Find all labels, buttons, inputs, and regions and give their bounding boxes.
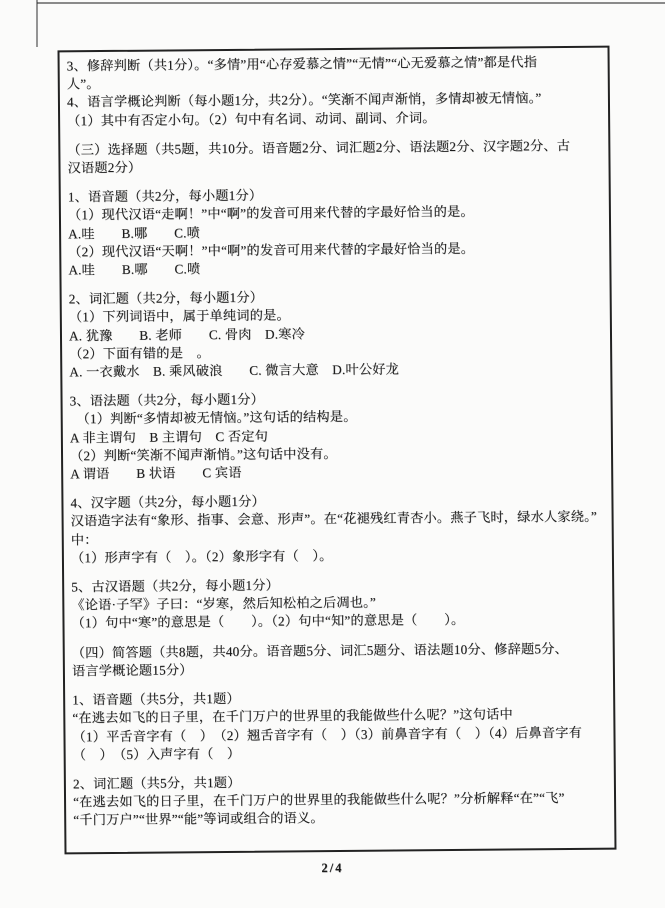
- scanned-exam-page: 3、修辞判断（共1分）。“多情”用“心存爱慕之情”“无情”“心无爱慕之情”都是代…: [0, 0, 665, 908]
- text-line: （ ） （5）入声字有（ ）: [73, 741, 610, 764]
- text-line: （1）形声字有（ ）。（2）象形字有（ ）。: [71, 545, 608, 568]
- exam-section-choice-q2-vocabulary: 2、词汇题（共2分，每小题1分）（1）下列词语中，属于单纯词的是。A. 犹豫 B…: [69, 286, 607, 382]
- exam-section-choice-q1-phonetics: 1、语音题（共2分，每小题1分）（1）现代汉语“走啊！”中“啊”的发音可用来代替…: [68, 184, 606, 280]
- exam-section-choice-q5-classical-chinese: 5、古汉语题（共2分，每小题1分）《论语·子罕》子曰：“岁寒，然后知松柏之后凋也…: [71, 574, 608, 633]
- text-line: “千门万户”“世界”“能”等词或组合的语义。: [73, 807, 610, 830]
- text-line: （1）句中“寒”的意思是（ ）。（2）句中“知”的意思是（ ）。: [71, 610, 608, 633]
- text-line: A 谓语 B 状语 C 宾语: [70, 461, 607, 484]
- exam-section-section-3-header: （三）选择题（共5题，共10分。语音题2分、词汇题2分、语法题2分、汉字题2分、…: [67, 136, 604, 177]
- scan-artifact-left-line: [36, 0, 38, 47]
- text-line: （1）其中有否定小句。（2）句中有名词、动词、副词、介词。: [67, 107, 604, 130]
- exam-section-choice-q3-grammar: 3、语法题（共2分，每小题1分） （1）判断“多情却被无情恼。”这句话的结构是。…: [69, 388, 607, 484]
- text-line: A.哇 B.哪 C.喷: [68, 257, 605, 280]
- exam-section-choice-q4-characters: 4、汉字题（共2分，每小题1分）汉语造字法有“象形、指事、会意、形声”。在“花褪…: [70, 490, 608, 567]
- exam-section-short-answer-q1-phonetics: 1、语音题（共5分，共1题）“在逃去如飞的日子里，在千门万户的世界里的我能做些什…: [72, 687, 610, 764]
- page-number: 2/4: [0, 861, 665, 876]
- exam-section-rhetoric-linguistics-judgement: 3、修辞判断（共1分）。“多情”用“心存爱慕之情”“无情”“心无爱慕之情”都是代…: [67, 53, 605, 130]
- scan-artifact-top-line: [37, 2, 665, 4]
- exam-section-short-answer-q2-vocabulary: 2、词汇题（共5分，共1题）“在逃去如飞的日子里，在千门万户的世界里的我能做些什…: [73, 771, 610, 830]
- exam-section-section-4-header: （四）简答题（共8题，共40分。语音题5分、词汇5题分、语法题10分、修辞题5分…: [72, 639, 609, 680]
- text-line: A. 一衣戴水 B. 乘风破浪 C. 微言大意 D.叶公好龙: [69, 359, 606, 382]
- exam-text: 3、修辞判断（共1分）。“多情”用“心存爱慕之情”“无情”“心无爱慕之情”都是代…: [67, 53, 611, 830]
- text-line: 语言学概论题15分）: [72, 658, 609, 681]
- exam-sheet-frame: 3、修辞判断（共1分）。“多情”用“心存爱慕之情”“无情”“心无爱慕之情”都是代…: [58, 46, 617, 855]
